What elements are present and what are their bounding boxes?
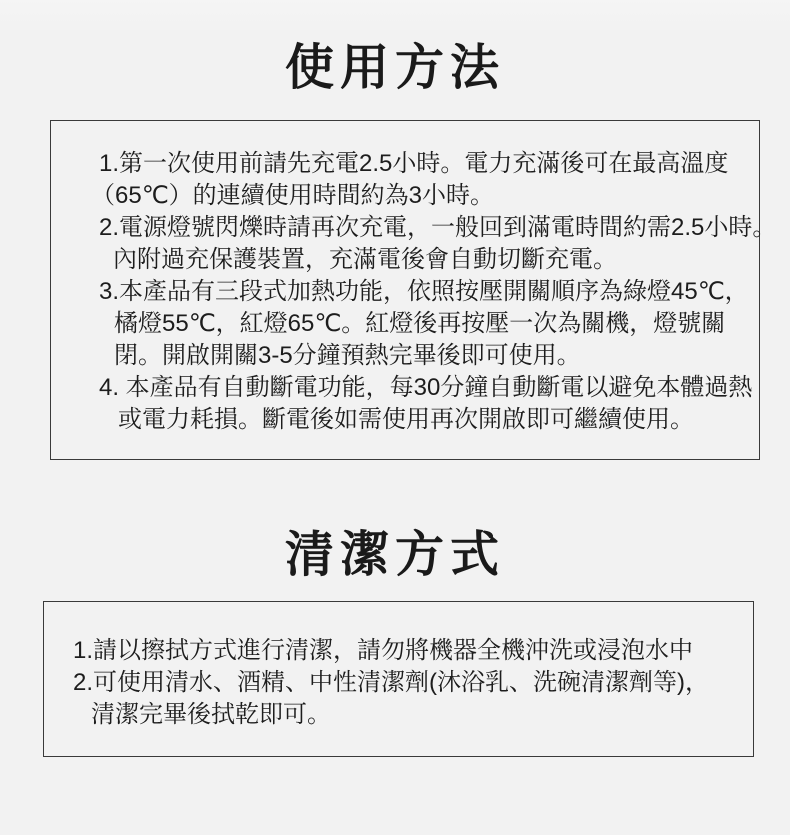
cleaning-line-2b: 清潔完畢後拭乾即可。: [44, 699, 753, 731]
usage-line-1b: （65℃）的連續使用時間約為3小時。: [51, 180, 759, 212]
usage-line-3: 3.本產品有三段式加熱功能，依照按壓開關順序為綠燈45℃，: [51, 276, 759, 308]
cleaning-line-2: 2.可使用清水、酒精、中性清潔劑(沐浴乳、洗碗清潔劑等)，: [44, 667, 753, 699]
usage-line-4b: 或電力耗損。斷電後如需使用再次開啟即可繼續使用。: [51, 404, 759, 436]
product-instruction-page: 使用方法 1.第一次使用前請先充電2.5小時。電力充滿後可在最高溫度 （65℃）…: [0, 0, 790, 835]
usage-line-1: 1.第一次使用前請先充電2.5小時。電力充滿後可在最高溫度: [51, 148, 759, 180]
usage-instructions-box: 1.第一次使用前請先充電2.5小時。電力充滿後可在最高溫度 （65℃）的連續使用…: [50, 120, 760, 460]
cleaning-section-title: 清潔方式: [0, 529, 790, 583]
usage-line-2: 2.電源燈號閃爍時請再次充電，一般回到滿電時間約需2.5小時。: [51, 212, 759, 244]
usage-line-3c: 閉。開啟開關3-5分鐘預熱完畢後即可使用。: [51, 340, 759, 372]
cleaning-instructions-box: 1.請以擦拭方式進行清潔，請勿將機器全機沖洗或浸泡水中 2.可使用清水、酒精、中…: [43, 601, 754, 757]
usage-line-2b: 內附過充保護裝置，充滿電後會自動切斷充電。: [51, 244, 759, 276]
usage-line-4: 4. 本產品有自動斷電功能，每30分鐘自動斷電以避免本體過熱: [51, 372, 759, 404]
cleaning-line-1: 1.請以擦拭方式進行清潔，請勿將機器全機沖洗或浸泡水中: [44, 635, 753, 667]
usage-line-3b: 橘燈55℃，紅燈65℃。紅燈後再按壓一次為關機，燈號關: [51, 308, 759, 340]
usage-section-title: 使用方法: [0, 42, 790, 96]
